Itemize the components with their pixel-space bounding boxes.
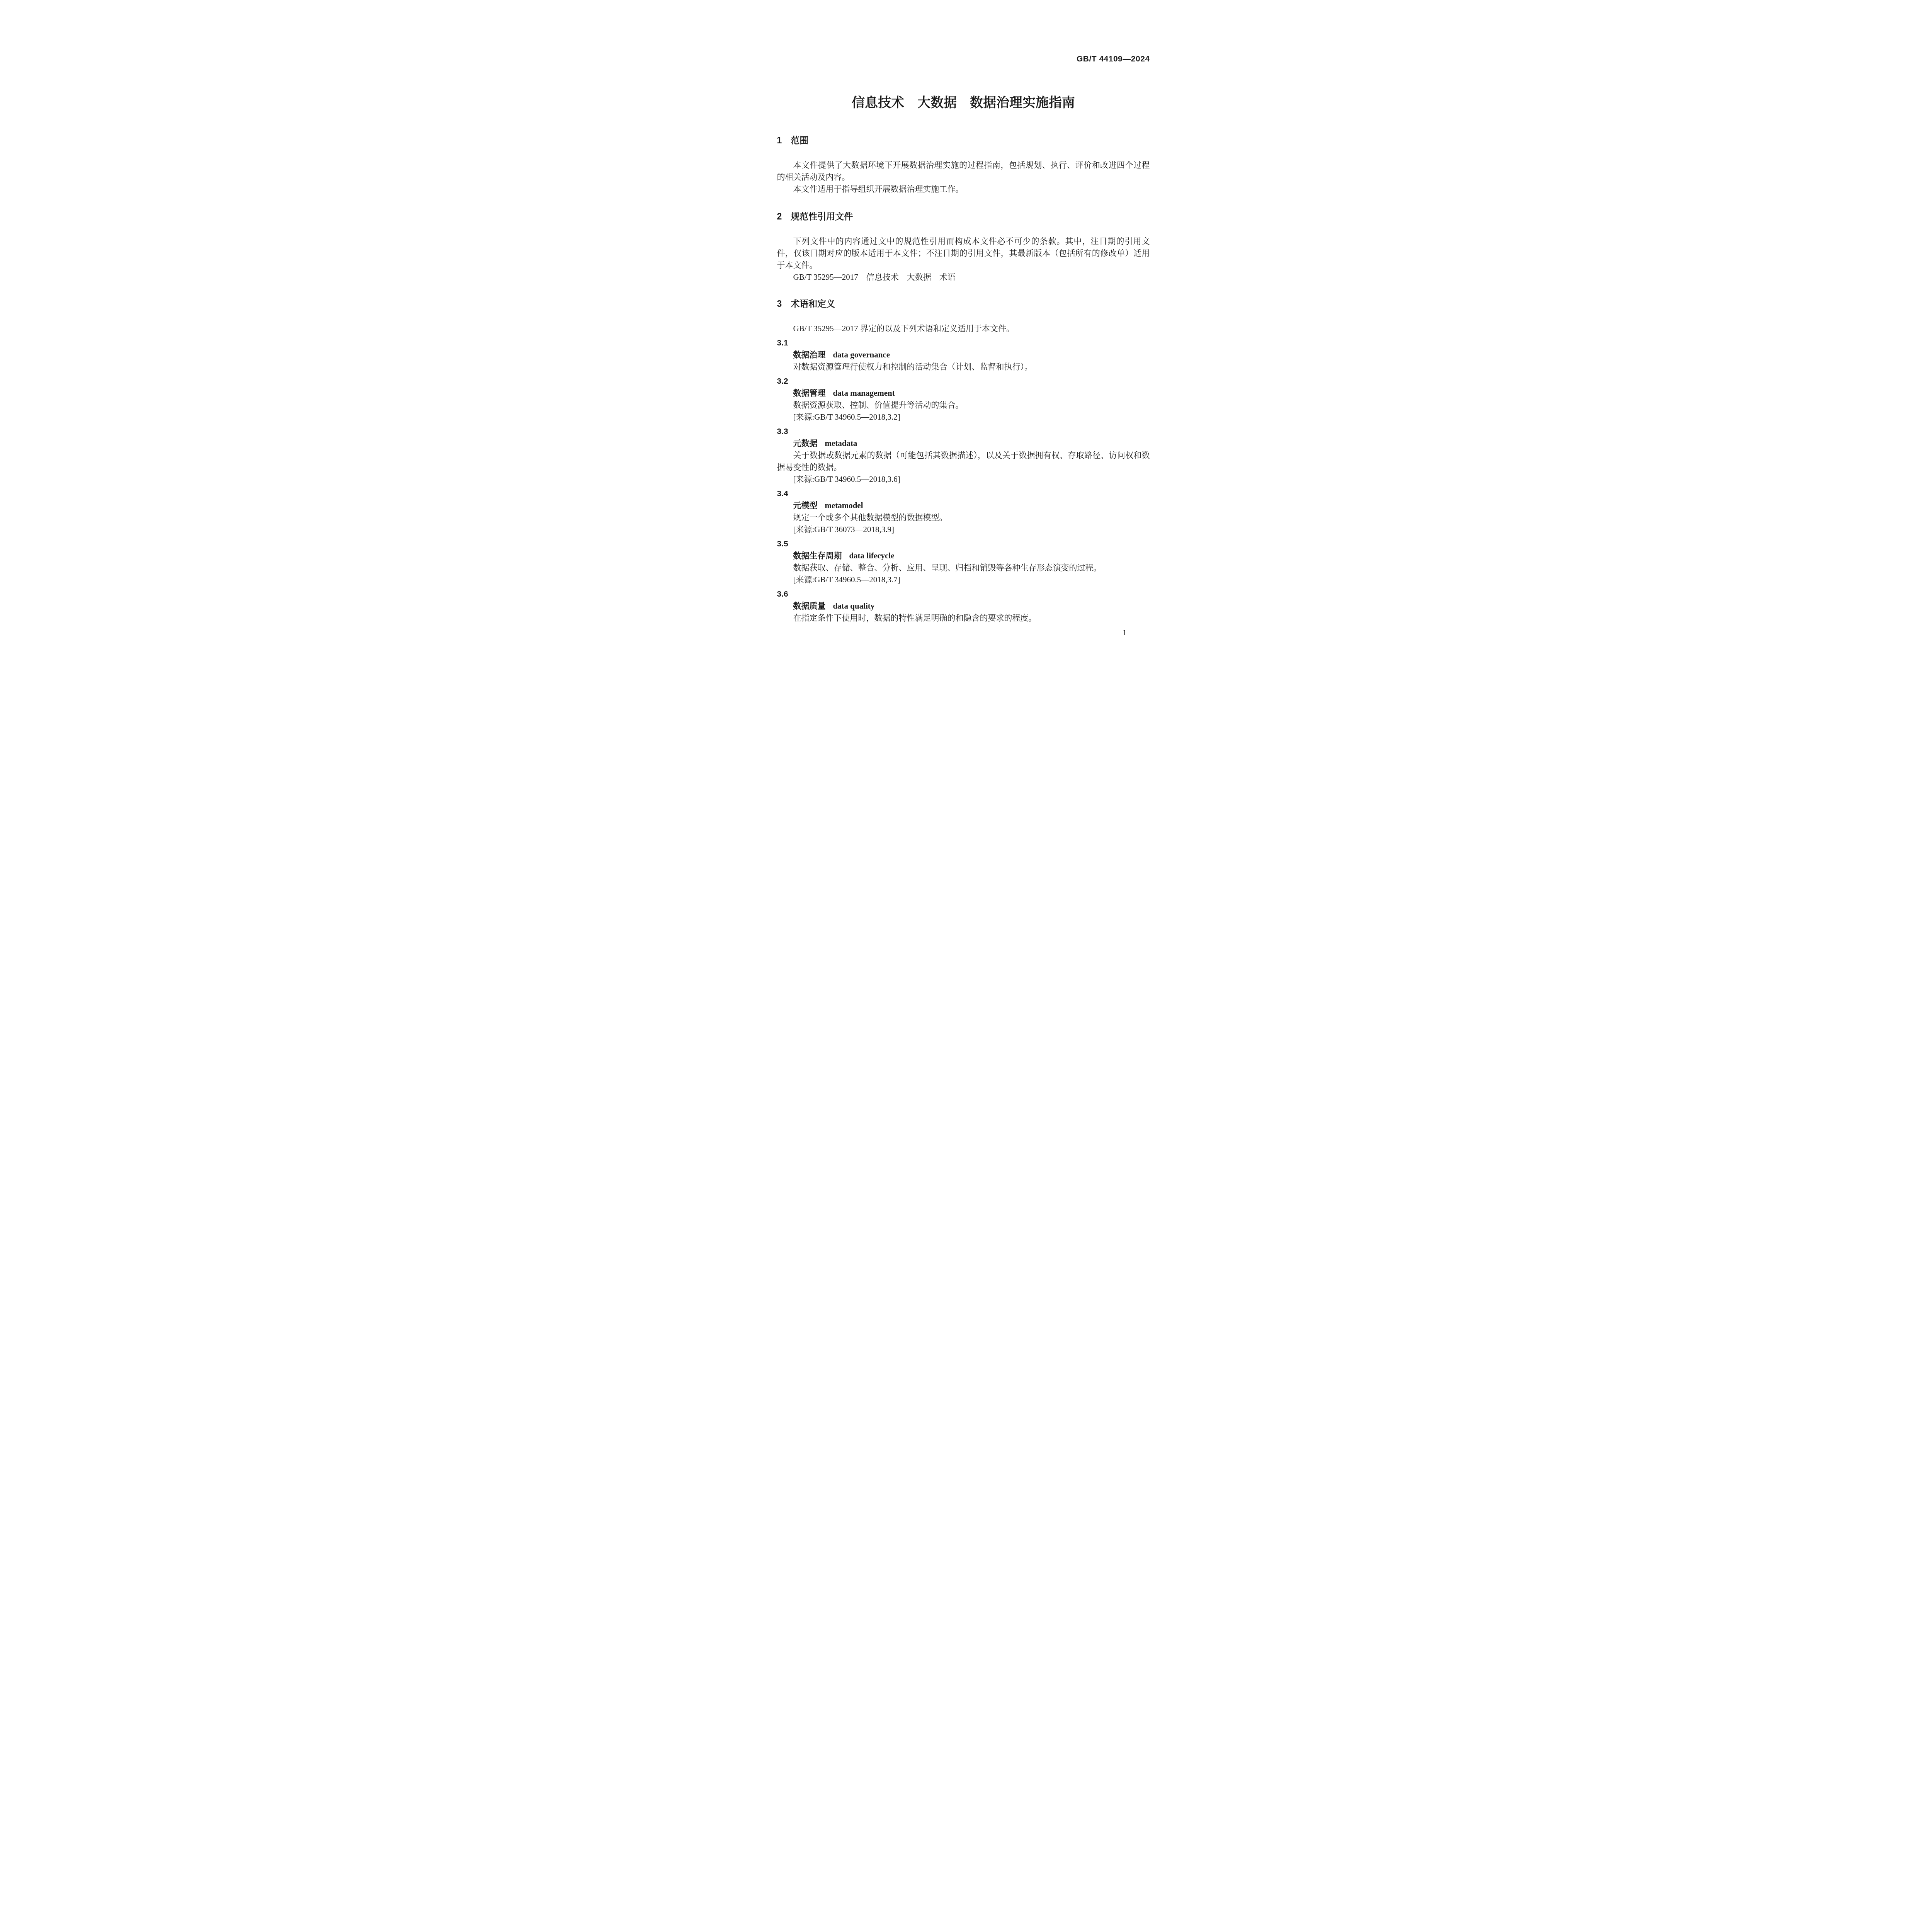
term-source: [来源:GB/T 34960.5—2018,3.7] bbox=[777, 574, 1150, 586]
term-entry-3-2: 3.2 数据管理data management 数据资源获取、控制、价值提升等活… bbox=[777, 375, 1150, 423]
term-definition: 数据资源获取、控制、价值提升等活动的集合。 bbox=[777, 399, 1150, 411]
scope-paragraph-1: 本文件提供了大数据环境下开展数据治理实施的过程指南，包括规划、执行、评价和改进四… bbox=[777, 159, 1150, 183]
term-title: 元模型metamodel bbox=[777, 500, 1150, 512]
term-english: metamodel bbox=[825, 501, 863, 510]
section-3-heading: 3 术语和定义 bbox=[777, 298, 1150, 310]
term-definition: 数据获取、存储、整合、分析、应用、呈现、归档和销毁等各种生存形态演变的过程。 bbox=[777, 562, 1150, 574]
term-source: [来源:GB/T 36073—2018,3.9] bbox=[777, 524, 1150, 536]
term-chinese: 数据管理 bbox=[793, 389, 826, 398]
term-source: [来源:GB/T 34960.5—2018,3.6] bbox=[777, 473, 1150, 485]
term-entry-3-4: 3.4 元模型metamodel 规定一个或多个其他数据模型的数据模型。 [来源… bbox=[777, 488, 1150, 536]
term-entry-3-5: 3.5 数据生存周期data lifecycle 数据获取、存储、整合、分析、应… bbox=[777, 538, 1150, 586]
term-title: 数据质量data quality bbox=[777, 600, 1150, 612]
document-page: GB/T 44109—2024 信息技术 大数据 数据治理实施指南 1 范围 本… bbox=[719, 0, 1198, 678]
term-chinese: 元数据 bbox=[793, 439, 818, 448]
term-number: 3.4 bbox=[777, 488, 1150, 500]
term-number: 3.3 bbox=[777, 425, 1150, 437]
term-source: [来源:GB/T 34960.5—2018,3.2] bbox=[777, 411, 1150, 423]
terms-intro: GB/T 35295—2017 界定的以及下列术语和定义适用于本文件。 bbox=[777, 323, 1150, 335]
term-number: 3.6 bbox=[777, 588, 1150, 600]
scope-paragraph-2: 本文件适用于指导组织开展数据治理实施工作。 bbox=[777, 183, 1150, 195]
normative-references-section: 2 规范性引用文件 下列文件中的内容通过文中的规范性引用而构成本文件必不可少的条… bbox=[777, 211, 1150, 283]
term-chinese: 元模型 bbox=[793, 501, 818, 510]
term-english: data governance bbox=[833, 350, 890, 359]
term-definition: 关于数据或数据元素的数据（可能包括其数据描述），以及关于数据拥有权、存取路径、访… bbox=[777, 449, 1150, 473]
term-english: data lifecycle bbox=[849, 551, 894, 560]
normative-references-paragraph: 下列文件中的内容通过文中的规范性引用而构成本文件必不可少的条款。其中，注日期的引… bbox=[777, 235, 1150, 271]
reference-item: GB/T 35295—2017 信息技术 大数据 术语 bbox=[777, 271, 1150, 283]
term-english: data quality bbox=[833, 601, 874, 611]
standard-number: GB/T 44109—2024 bbox=[777, 54, 1150, 64]
section-2-heading: 2 规范性引用文件 bbox=[777, 211, 1150, 222]
term-definition: 在指定条件下使用时，数据的特性满足明确的和隐含的要求的程度。 bbox=[777, 612, 1150, 624]
term-definition: 对数据资源管理行使权力和控制的活动集合（计划、监督和执行）。 bbox=[777, 361, 1150, 373]
scope-section: 1 范围 本文件提供了大数据环境下开展数据治理实施的过程指南，包括规划、执行、评… bbox=[777, 134, 1150, 195]
term-chinese: 数据质量 bbox=[793, 602, 826, 611]
term-title: 元数据metadata bbox=[777, 437, 1150, 449]
term-title: 数据管理data management bbox=[777, 387, 1150, 399]
term-definition: 规定一个或多个其他数据模型的数据模型。 bbox=[777, 512, 1150, 524]
terms-section: 3 术语和定义 GB/T 35295—2017 界定的以及下列术语和定义适用于本… bbox=[777, 298, 1150, 624]
term-number: 3.5 bbox=[777, 538, 1150, 550]
term-title: 数据生存周期data lifecycle bbox=[777, 550, 1150, 562]
term-number: 3.2 bbox=[777, 375, 1150, 387]
section-1-heading: 1 范围 bbox=[777, 134, 1150, 146]
term-chinese: 数据治理 bbox=[793, 350, 826, 359]
term-chinese: 数据生存周期 bbox=[793, 551, 842, 560]
term-english: data management bbox=[833, 388, 895, 398]
document-title: 信息技术 大数据 数据治理实施指南 bbox=[777, 94, 1150, 111]
term-entry-3-1: 3.1 数据治理data governance 对数据资源管理行使权力和控制的活… bbox=[777, 337, 1150, 373]
term-entry-3-3: 3.3 元数据metadata 关于数据或数据元素的数据（可能包括其数据描述），… bbox=[777, 425, 1150, 485]
page-number: 1 bbox=[1123, 627, 1127, 639]
term-title: 数据治理data governance bbox=[777, 349, 1150, 361]
term-number: 3.1 bbox=[777, 337, 1150, 349]
term-english: metadata bbox=[825, 439, 857, 448]
term-entry-3-6: 3.6 数据质量data quality 在指定条件下使用时，数据的特性满足明确… bbox=[777, 588, 1150, 624]
